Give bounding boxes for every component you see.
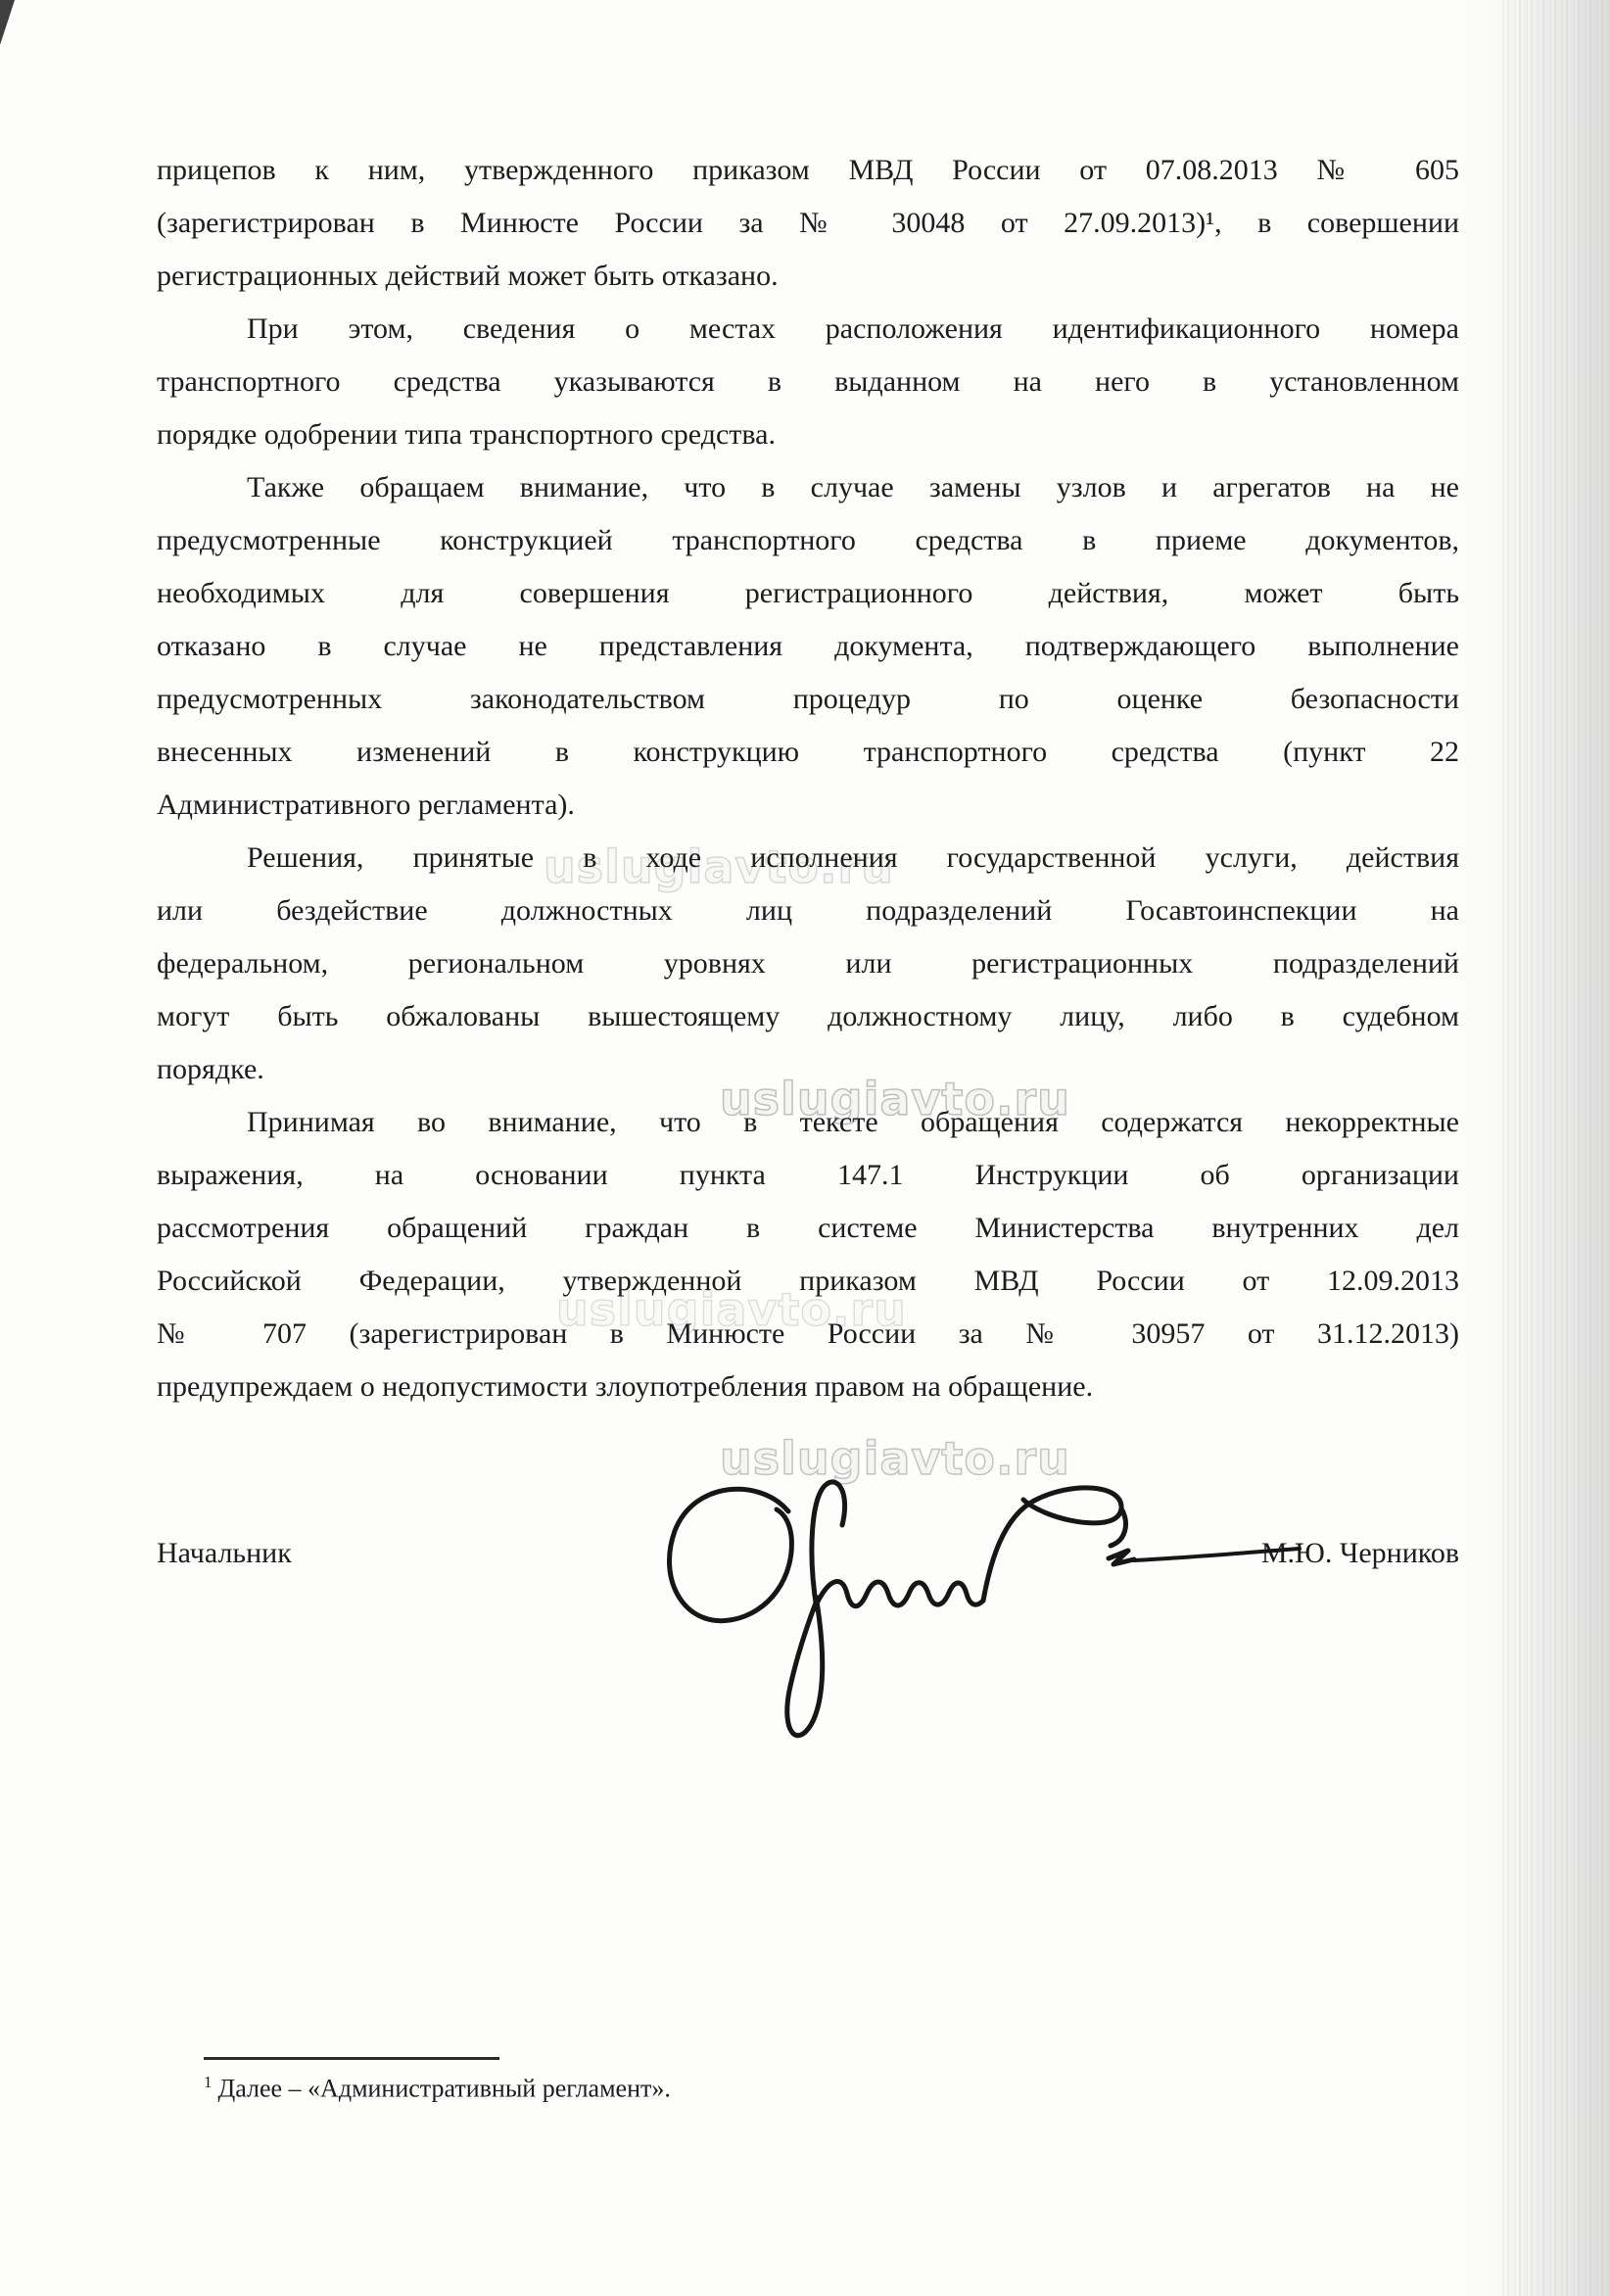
text-line: выражения, на основании пункта 147.1 Инс… — [157, 1149, 1459, 1202]
text-line: Принимая во внимание, что в тексте обращ… — [157, 1096, 1459, 1149]
paragraph: прицепов к ним, утвержденного приказом М… — [157, 144, 1459, 303]
footnote-text: Далее – «Административный регламент». — [218, 2075, 671, 2103]
text-line: необходимых для совершения регистрационн… — [157, 567, 1459, 620]
text-line: рассмотрения обращений граждан в системе… — [157, 1202, 1459, 1255]
text-line: Решения, принятые в ходе исполнения госу… — [157, 832, 1459, 885]
text-line: транспортного средства указываются в выд… — [157, 356, 1459, 408]
text-line: При этом, сведения о местах расположения… — [157, 303, 1459, 356]
text-line: Российской Федерации, утвержденной прика… — [157, 1255, 1459, 1308]
text-line: или бездействие должностных лиц подразде… — [157, 885, 1459, 937]
paragraph: Решения, принятые в ходе исполнения госу… — [157, 832, 1459, 1096]
letter-body-text: прицепов к ним, утвержденного приказом М… — [157, 144, 1459, 1413]
paragraph: Также обращаем внимание, что в случае за… — [157, 461, 1459, 832]
text-line: предусмотренных законодательством процед… — [157, 673, 1459, 726]
text-line: Административного регламента). — [157, 779, 1459, 832]
text-line: прицепов к ним, утвержденного приказом М… — [157, 144, 1459, 197]
paragraph: При этом, сведения о местах расположения… — [157, 303, 1459, 461]
signer-position-label: Начальник — [157, 1527, 292, 1580]
text-line: предусмотренные конструкцией транспортно… — [157, 514, 1459, 567]
text-line: отказано в случае не представления докум… — [157, 620, 1459, 673]
text-line: федеральном, региональном уровнях или ре… — [157, 937, 1459, 990]
text-line: порядке. — [157, 1043, 1459, 1096]
footnote-marker: 1 — [204, 2073, 213, 2091]
footnote: 1Далее – «Административный регламент». — [204, 2073, 671, 2104]
text-line: Также обращаем внимание, что в случае за… — [157, 461, 1459, 514]
paragraph: Принимая во внимание, что в тексте обращ… — [157, 1096, 1459, 1413]
scanned-letter-page: uslugiavto.ru uslugiavto.ru uslugiavto.r… — [0, 0, 1610, 2296]
text-line: регистрационных действий может быть отка… — [157, 250, 1459, 303]
text-line: могут быть обжалованы вышестоящему должн… — [157, 990, 1459, 1043]
text-line: предупреждаем о недопустимости злоупотре… — [157, 1361, 1459, 1413]
scan-corner-artifact — [0, 0, 15, 45]
signature-handwriting — [641, 1464, 1327, 1758]
text-line: порядке одобрении типа транспортного сре… — [157, 408, 1459, 461]
text-line: (зарегистрирован в Минюсте России за № 3… — [157, 197, 1459, 250]
text-line: № 707 (зарегистрирован в Минюсте России … — [157, 1308, 1459, 1361]
footnote-separator-line — [204, 2057, 499, 2060]
text-line: внесенных изменений в конструкцию трансп… — [157, 726, 1459, 779]
scan-edge-shadow — [1502, 0, 1610, 2296]
